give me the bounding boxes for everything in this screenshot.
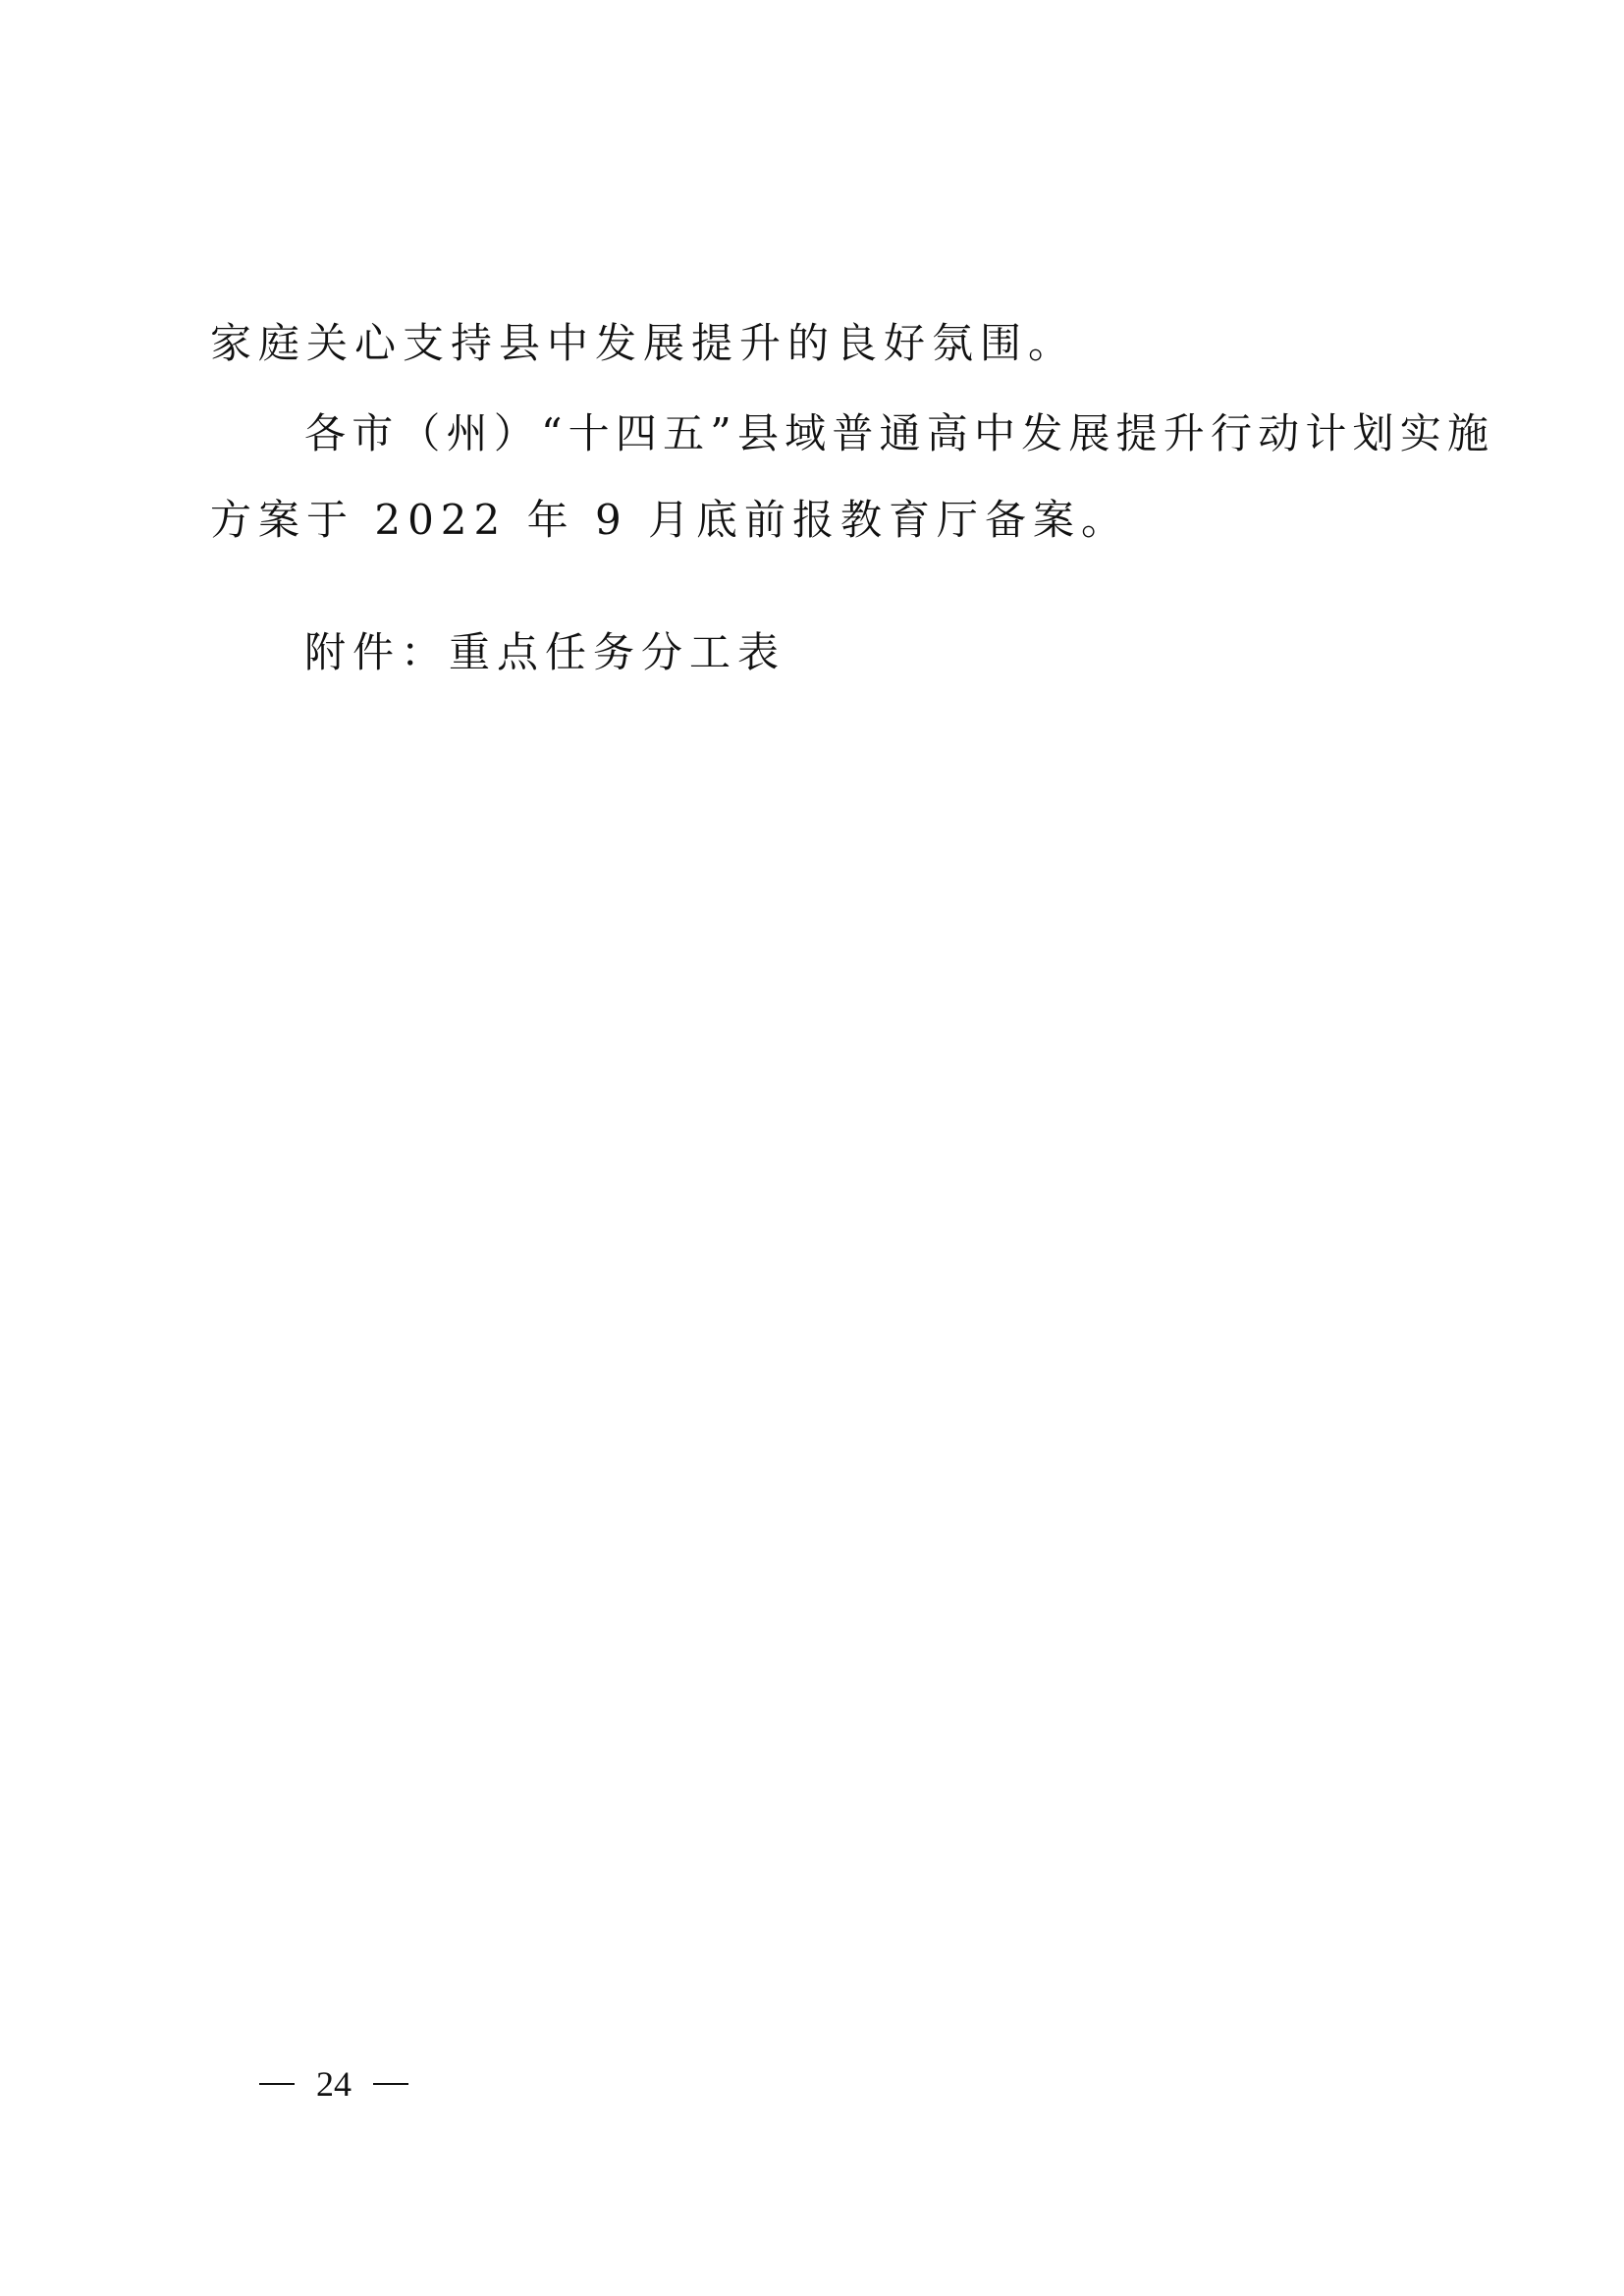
page-footer: 24 (259, 2064, 408, 2104)
footer-dash-right (373, 2083, 408, 2085)
attachment-line: 附件：重点任务分工表 (304, 629, 785, 676)
document-page: 家庭关心支持县中发展提升的良好氛围。 各市（州）“十四五”县域普通高中发展提升行… (0, 0, 1624, 2296)
page-number: 24 (316, 2064, 352, 2104)
paragraph-deadline-line-2: 方案于 2022 年 9 月底前报教育厅备案。 (210, 497, 1129, 544)
paragraph-closing-line: 家庭关心支持县中发展提升的良好氛围。 (210, 320, 1076, 367)
paragraph-deadline-line-1: 各市（州）“十四五”县域普通高中发展提升行动计划实施 (304, 410, 1494, 457)
footer-dash-left (259, 2083, 295, 2085)
